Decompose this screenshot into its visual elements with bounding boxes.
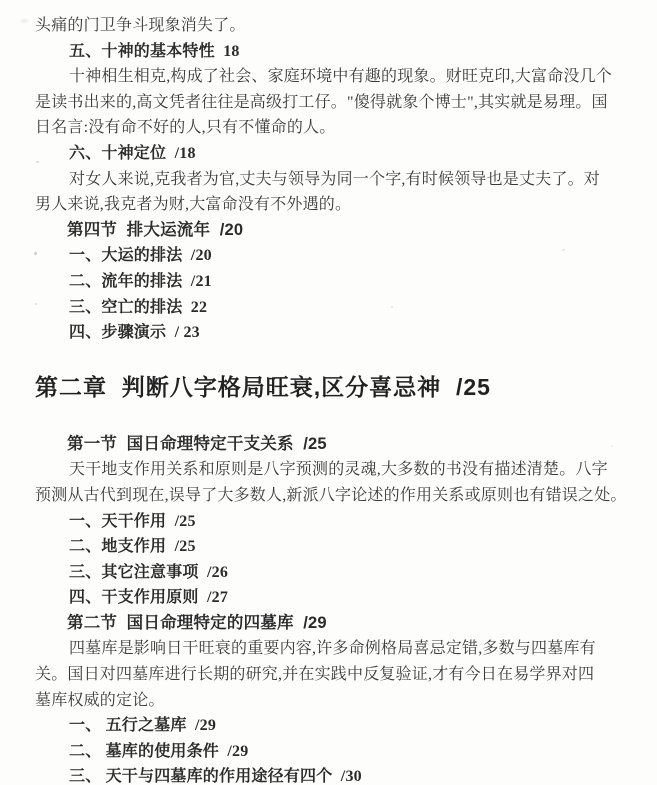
body-text-line: 四墓库是影响日干旺衰的重要内容,许多命例格局喜忌定错,多数与四墓库有 — [69, 636, 639, 662]
chapter-heading: 第二章 判断八字格局旺衰,区分喜忌神 /25 — [35, 370, 639, 404]
body-text-line: 是读书出来的,高文凭者往往是高级打工仔。"傻得就象个博士",其实就是易理。国 — [35, 90, 639, 116]
toc-item-line: 三、 天干与四墓库的作用途径有四个 /30 — [69, 764, 639, 785]
body-text-line: 天干地支作用关系和原则是八字预测的灵魂,大多数的书没有描述清楚。八字 — [69, 457, 639, 483]
toc-item-line: 四、步骤演示 / 23 — [69, 320, 639, 346]
toc-item-line: 六、十神定位 /18 — [69, 141, 639, 167]
body-text-line: 头痛的门卫争斗现象消失了。 — [35, 13, 639, 39]
body-text-line: 男人来说,我克者为财,大富命没有不外遇的。 — [35, 192, 639, 218]
toc-item-line: 三、空亡的排法 22 — [69, 295, 639, 321]
toc-item-line: 三、其它注意事项 /26 — [69, 560, 639, 586]
body-text-line: 对女人来说,克我者为官,丈夫与领导为同一个字,有时候领导也是丈夫了。对 — [69, 167, 639, 193]
toc-item-line: 一、天干作用 /25 — [69, 509, 639, 535]
toc-item-line: 一、 五行之墓库 /29 — [69, 713, 639, 739]
section-heading: 第一节 国日命理特定干支关系 /25 — [67, 432, 639, 458]
toc-item-line: 二、 墓库的使用条件 /29 — [69, 739, 639, 765]
toc-item-line: 二、流年的排法 /21 — [69, 269, 639, 295]
toc-item-line: 一、大运的排法 /20 — [69, 243, 639, 269]
body-text-line: 十神相生相克,构成了社会、家庭环境中有趣的现象。财旺克印,大富命没几个 — [69, 64, 639, 90]
scanned-book-page: 头痛的门卫争斗现象消失了。五、十神的基本特性 18十神相生相克,构成了社会、家庭… — [0, 0, 657, 785]
body-text-line: 预测从古代到现在,误导了大多数人,新派八字论述的作用关系或原则也有错误之处。 — [35, 483, 639, 509]
toc-item-line: 二、地支作用 /25 — [69, 534, 639, 560]
body-text-line: 墓库权威的定论。 — [35, 688, 639, 714]
section-heading: 第二节 国日命理特定的四墓库 /29 — [67, 611, 639, 637]
body-text-line: 关。国日对四墓库进行长期的研究,并在实践中反复验证,才有今日在易学界对四 — [35, 662, 639, 688]
toc-item-line: 五、十神的基本特性 18 — [69, 39, 639, 65]
toc-item-line: 四、干支作用原则 /27 — [69, 585, 639, 611]
body-text-line: 日名言:没有命不好的人,只有不懂命的人。 — [35, 115, 639, 141]
section-heading: 第四节 排大运流年 /20 — [67, 218, 639, 244]
